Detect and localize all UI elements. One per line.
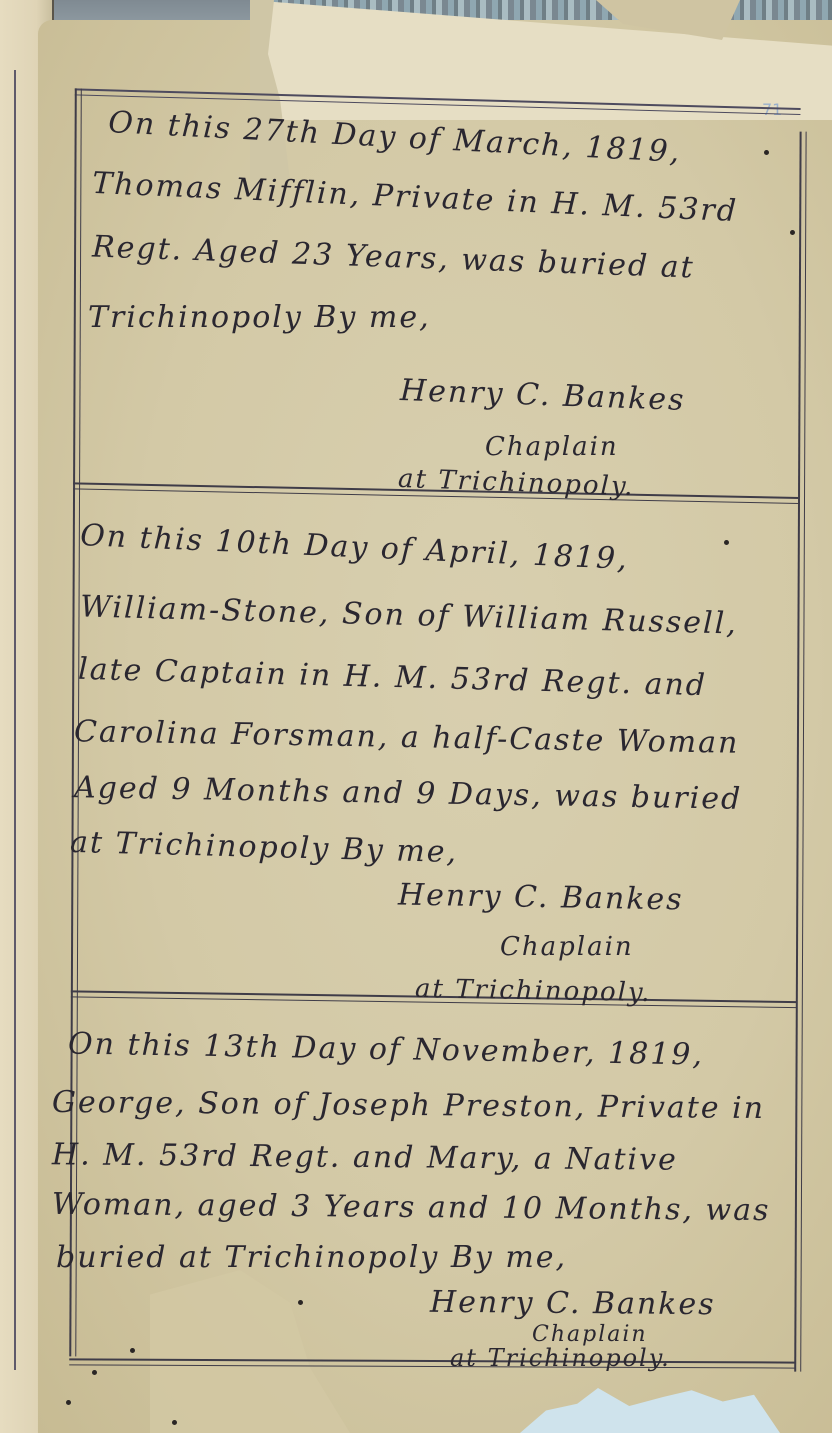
signature-name: Henry C. Bankes [430,1285,716,1322]
ink-spot [724,540,729,545]
entry-line: H. M. 53rd Regt. and Mary, a Native [52,1137,678,1177]
facing-page-rule [4,70,16,1370]
ink-spot [790,230,795,235]
photo-scene: 71 On this 27th Day of March, 1819, Thom… [0,0,832,1433]
signature-title: Chaplain [485,432,619,462]
ink-spot [172,1420,177,1425]
signature-name: Henry C. Bankes [398,878,684,918]
entry-line: Trichinopoly By me, [88,300,431,335]
ink-spot [298,1300,303,1305]
ink-spot [92,1370,97,1375]
entry-line: Woman, aged 3 Years and 10 Months, was [52,1187,771,1228]
signature-place: at Trichinopoly. [415,974,652,1008]
signature-title: Chaplain [500,932,634,962]
frame-bottom-rule [69,1358,795,1368]
signature-place: at Trichinopoly. [450,1344,671,1372]
entry-line: buried at Trichinopoly By me, [56,1240,567,1275]
ink-spot [66,1400,71,1405]
entry-line: George, Son of Joseph Preston, Private i… [52,1085,765,1126]
ink-spot [130,1348,135,1353]
ink-spot [764,150,769,155]
